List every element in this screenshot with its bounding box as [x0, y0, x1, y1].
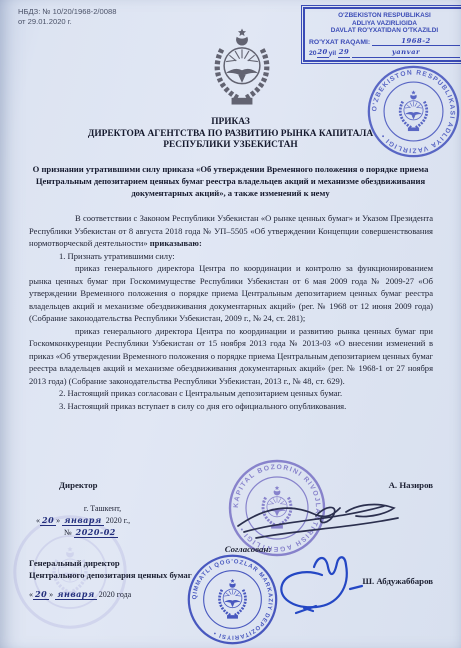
general-director-block: Генеральный директор Центрального депози… — [29, 557, 289, 581]
order-date-line: «20» января 2020 г., — [36, 515, 130, 525]
reg-stamp-line1: O'ZBEKISTON RESPUBLIKASI — [309, 12, 460, 20]
reg-year-prefix: 20 — [309, 50, 317, 58]
order-title-line1: ПРИКАЗ — [20, 117, 441, 129]
gd-month-handwritten: января — [55, 589, 97, 600]
number-handwritten: 2020-02 — [74, 527, 118, 538]
order-body: В соответствии с Законом Республики Узбе… — [29, 212, 433, 412]
date-year: 2020 г., — [106, 516, 130, 525]
gd-title-line1: Генеральный директор — [29, 557, 289, 569]
reg-stamp-line3: DAVLAT RO'YXATIDAN O'TKAZILDI — [309, 27, 460, 35]
intro-text: В соответствии с Законом Республики Узбе… — [29, 213, 433, 248]
repealed-order-a: приказ генерального директора Центра по … — [29, 262, 433, 325]
reg-number-label: RO'YXAT RAQAMI: — [309, 39, 370, 47]
director-label: Директор — [59, 480, 97, 490]
reg-month-handwritten: yanvar — [352, 49, 460, 58]
director-signature — [228, 486, 408, 548]
date-quote-close: » — [56, 516, 60, 525]
reg-stamp-number-line: RO'YXAT RAQAMI: 1968-2 — [309, 38, 460, 47]
order-number-line: № 2020-02 — [64, 527, 118, 537]
date-month-handwritten: января — [62, 515, 104, 526]
item-1: 1. Признать утратившими силу: — [29, 250, 433, 263]
order-title-line3: РЕСПУБЛИКИ УЗБЕКИСТАН — [20, 140, 441, 152]
gd-signature — [252, 553, 387, 625]
intro-paragraph: В соответствии с Законом Республики Узбе… — [29, 212, 433, 250]
gd-day-handwritten: 20 — [33, 589, 49, 600]
reg-year-handwritten: 20 — [317, 49, 329, 58]
reg-stamp-date-line: 20 20 yil 29 yanvar — [309, 49, 460, 58]
gd-date-line: «20» января 2020 года — [29, 589, 131, 599]
reg-yil-label: yil — [329, 50, 337, 58]
order-subject: О признании утратившими силу приказа «Об… — [28, 163, 433, 199]
place-line: г. Ташкент, — [55, 504, 150, 513]
intro-bold: приказываю: — [150, 238, 202, 248]
number-label: № — [64, 528, 72, 537]
gd-title-line2: Центрального депозитария ценных бумаг — [29, 569, 289, 581]
reg-number-handwritten: 1968-2 — [372, 38, 460, 47]
reg-day-handwritten: 29 — [338, 49, 350, 58]
reg-stamp-line2: ADLIYA VAZIRLIGIDA — [309, 20, 460, 28]
registry-meta-number: НБДЗ: № 10/20/1968-2/0088 — [18, 7, 116, 17]
repealed-order-b: приказ генерального директора Центра по … — [29, 325, 433, 388]
order-title: ПРИКАЗ ДИРЕКТОРА АГЕНТСТВА ПО РАЗВИТИЮ Р… — [20, 117, 441, 152]
uzbekistan-coat-of-arms — [204, 27, 280, 109]
item-2: 2. Настоящий приказ согласован с Централ… — [29, 387, 433, 400]
justice-registration-stamp: O'ZBEKISTON RESPUBLIKASI ADLIYA VAZIRLIG… — [303, 7, 461, 62]
gd-year: 2020 года — [99, 590, 131, 599]
registry-meta: НБДЗ: № 10/20/1968-2/0088 от 29.01.2020 … — [18, 7, 116, 27]
date-day-handwritten: 20 — [40, 515, 56, 526]
document-page: НБДЗ: № 10/20/1968-2/0088 от 29.01.2020 … — [0, 0, 461, 648]
gd-quote-close: » — [49, 590, 53, 599]
item-3: 3. Настоящий приказ вступает в силу со д… — [29, 400, 433, 413]
registry-meta-date: от 29.01.2020 г. — [18, 17, 116, 27]
order-title-line2: ДИРЕКТОРА АГЕНТСТВА ПО РАЗВИТИЮ РЫНКА КА… — [20, 129, 441, 141]
